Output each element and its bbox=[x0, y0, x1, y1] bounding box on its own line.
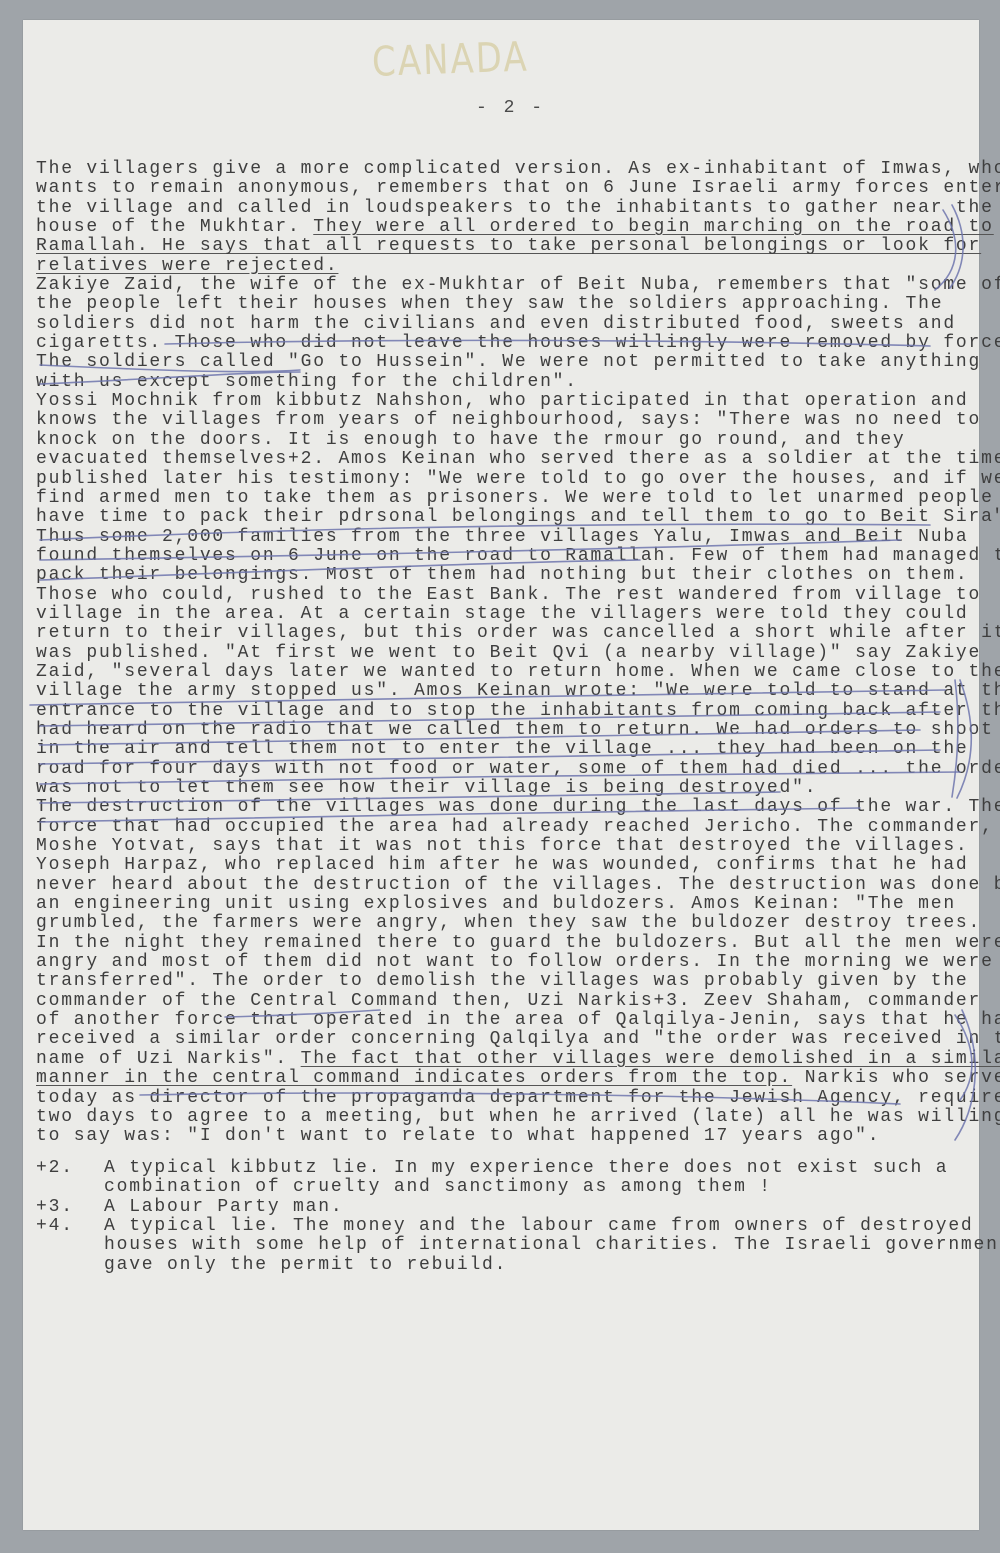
text-span: knock on the doors. It is enough to have… bbox=[36, 430, 906, 450]
underlined-text: Ramallah. He says that all requests to t… bbox=[36, 236, 981, 256]
footnote-line: gave only the permit to rebuild. bbox=[36, 1256, 1000, 1275]
text-span: name of Uzi Narkis". bbox=[36, 1049, 301, 1069]
text-span: transferred". The order to demolish the … bbox=[36, 971, 969, 991]
text-line: have time to pack their pdrsonal belongi… bbox=[36, 508, 1000, 527]
footnote-marker bbox=[36, 1178, 104, 1197]
text-span: was published. "At first we went to Beit… bbox=[36, 643, 981, 663]
footnote-text: gave only the permit to rebuild. bbox=[104, 1256, 507, 1275]
text-line: received a similar order concerning Qalq… bbox=[36, 1030, 1000, 1049]
text-span: Zakiye Zaid, the wife of the ex-Mukhtar … bbox=[36, 275, 1000, 295]
text-line: The soldiers called "Go to Hussein". We … bbox=[36, 353, 1000, 372]
text-line: Thus some 2,000 families from the three … bbox=[36, 528, 1000, 547]
text-span: published later his testimony: "We were … bbox=[36, 469, 1000, 489]
text-span: had heard on the radio that we called th… bbox=[36, 720, 994, 740]
text-span: soldiers did not harm the civilians and … bbox=[36, 314, 956, 334]
text-line: was published. "At first we went to Beit… bbox=[36, 644, 1000, 663]
underlined-text: The fact that other villages were demoli… bbox=[301, 1049, 1000, 1069]
text-line: village the army stopped us". Amos Keina… bbox=[36, 682, 1000, 701]
text-line: two days to agree to a meeting, but when… bbox=[36, 1108, 1000, 1127]
page-number: - 2 - bbox=[476, 98, 545, 118]
text-span: cigaretts. Those who did not leave the h… bbox=[36, 333, 1000, 353]
text-span: The villagers give a more complicated ve… bbox=[36, 159, 1000, 179]
text-line: name of Uzi Narkis". The fact that other… bbox=[36, 1050, 1000, 1069]
text-span: received a similar order concerning Qalq… bbox=[36, 1029, 1000, 1049]
text-span: Zaid, "several days later we wanted to r… bbox=[36, 662, 1000, 682]
footnote-text: A typical kibbutz lie. In my experience … bbox=[104, 1159, 948, 1178]
underlined-text: manner in the central command indicates … bbox=[36, 1068, 792, 1088]
text-span: Moshe Yotvat, says that it was not this … bbox=[36, 836, 969, 856]
text-span: village in the area. At a certain stage … bbox=[36, 604, 969, 624]
text-span: Thus some 2,000 families from the three … bbox=[36, 527, 969, 547]
footnote-line: houses with some help of international c… bbox=[36, 1236, 1000, 1255]
text-line: was not to let them see how their villag… bbox=[36, 779, 1000, 798]
text-span: with us except something for the childre… bbox=[36, 372, 578, 392]
text-span: the village and called in loudspeakers t… bbox=[36, 198, 994, 218]
text-span: Yossi Mochnik from kibbutz Nahshon, who … bbox=[36, 391, 969, 411]
text-line: of another force that operated in the ar… bbox=[36, 1011, 1000, 1030]
footnote-line: +4.A typical lie. The money and the labo… bbox=[36, 1217, 1000, 1236]
text-line: entrance to the village and to stop the … bbox=[36, 702, 1000, 721]
text-line: In the night they remained there to guar… bbox=[36, 934, 1000, 953]
footnote-line: +3.A Labour Party man. bbox=[36, 1198, 1000, 1217]
text-line: road for four days with not food or wate… bbox=[36, 760, 1000, 779]
footnote-text: A typical lie. The money and the labour … bbox=[104, 1217, 974, 1236]
footnote-marker bbox=[36, 1256, 104, 1275]
text-span: an engineering unit using explosives and… bbox=[36, 894, 956, 914]
footnote-line: combination of cruelty and sanctimony as… bbox=[36, 1178, 1000, 1197]
footnote-marker bbox=[36, 1236, 104, 1255]
text-line: knock on the doors. It is enough to have… bbox=[36, 431, 1000, 450]
text-line: the village and called in loudspeakers t… bbox=[36, 199, 1000, 218]
text-line: an engineering unit using explosives and… bbox=[36, 895, 1000, 914]
text-line: published later his testimony: "We were … bbox=[36, 470, 1000, 489]
text-span: knows the villages from years of neighbo… bbox=[36, 410, 981, 430]
footnotes: +2.A typical kibbutz lie. In my experien… bbox=[36, 1159, 1000, 1275]
text-line: the people left their houses when they s… bbox=[36, 295, 1000, 314]
text-span: entrance to the village and to stop the … bbox=[36, 701, 1000, 721]
text-span: Those who could, rushed to the East Bank… bbox=[36, 585, 981, 605]
text-span: never heard about the destruction of the… bbox=[36, 875, 1000, 895]
text-line: cigaretts. Those who did not leave the h… bbox=[36, 334, 1000, 353]
text-span: The destruction of the villages was done… bbox=[36, 797, 1000, 817]
text-span: village the army stopped us". Amos Keina… bbox=[36, 681, 1000, 701]
text-span: evacuated themselves+2. Amos Keinan who … bbox=[36, 449, 1000, 469]
text-line: pack their belongings. Most of them had … bbox=[36, 566, 1000, 585]
text-line: angry and most of them did not want to f… bbox=[36, 953, 1000, 972]
text-line: force that had occupied the area had alr… bbox=[36, 818, 1000, 837]
text-line: house of the Mukhtar. They were all orde… bbox=[36, 218, 1000, 237]
text-line: Yoseph Harpaz, who replaced him after he… bbox=[36, 856, 1000, 875]
text-span: The soldiers called "Go to Hussein". We … bbox=[36, 352, 981, 372]
text-span: force that had occupied the area had alr… bbox=[36, 817, 994, 837]
text-span: found themselves on 6 June on the road t… bbox=[36, 546, 1000, 566]
text-line: never heard about the destruction of the… bbox=[36, 876, 1000, 895]
footnote-text: A Labour Party man. bbox=[104, 1198, 343, 1217]
text-span: to say was: "I don't want to relate to w… bbox=[36, 1126, 880, 1146]
text-span: the people left their houses when they s… bbox=[36, 294, 943, 314]
footnote-marker: +2. bbox=[36, 1159, 104, 1178]
footnote-marker: +3. bbox=[36, 1198, 104, 1217]
text-line: wants to remain anonymous, remembers tha… bbox=[36, 179, 1000, 198]
text-line: transferred". The order to demolish the … bbox=[36, 972, 1000, 991]
text-line: soldiers did not harm the civilians and … bbox=[36, 315, 1000, 334]
text-span: of another force that operated in the ar… bbox=[36, 1010, 1000, 1030]
text-line: relatives were rejected. bbox=[36, 257, 1000, 276]
text-line: found themselves on 6 June on the road t… bbox=[36, 547, 1000, 566]
text-line: grumbled, the farmers were angry, when t… bbox=[36, 914, 1000, 933]
text-line: evacuated themselves+2. Amos Keinan who … bbox=[36, 450, 1000, 469]
text-span: grumbled, the farmers were angry, when t… bbox=[36, 913, 981, 933]
text-line: in the air and tell them not to enter th… bbox=[36, 740, 1000, 759]
text-line: Yossi Mochnik from kibbutz Nahshon, who … bbox=[36, 392, 1000, 411]
text-span: commander of the Central Command then, U… bbox=[36, 991, 981, 1011]
underlined-text: relatives were rejected. bbox=[36, 256, 338, 276]
text-line: return to their villages, but this order… bbox=[36, 624, 1000, 643]
text-span: two days to agree to a meeting, but when… bbox=[36, 1107, 1000, 1127]
text-line: Ramallah. He says that all requests to t… bbox=[36, 237, 1000, 256]
text-span: wants to remain anonymous, remembers tha… bbox=[36, 178, 1000, 198]
text-line: The destruction of the villages was done… bbox=[36, 798, 1000, 817]
text-span: In the night they remained there to guar… bbox=[36, 933, 1000, 953]
text-line: had heard on the radio that we called th… bbox=[36, 721, 1000, 740]
text-span: Narkis who serves bbox=[792, 1068, 1000, 1088]
footnote-marker: +4. bbox=[36, 1217, 104, 1236]
text-line: with us except something for the childre… bbox=[36, 373, 1000, 392]
text-line: The villagers give a more complicated ve… bbox=[36, 160, 1000, 179]
body-text: The villagers give a more complicated ve… bbox=[36, 160, 1000, 1147]
text-line: manner in the central command indicates … bbox=[36, 1069, 1000, 1088]
footnote-line: +2.A typical kibbutz lie. In my experien… bbox=[36, 1159, 1000, 1178]
text-span: angry and most of them did not want to f… bbox=[36, 952, 994, 972]
text-span: return to their villages, but this order… bbox=[36, 623, 1000, 643]
text-line: to say was: "I don't want to relate to w… bbox=[36, 1127, 1000, 1146]
footnote-text: combination of cruelty and sanctimony as… bbox=[104, 1178, 772, 1197]
text-span: in the air and tell them not to enter th… bbox=[36, 739, 969, 759]
text-line: find armed men to take them as prisoners… bbox=[36, 489, 1000, 508]
text-line: Moshe Yotvat, says that it was not this … bbox=[36, 837, 1000, 856]
text-line: knows the villages from years of neighbo… bbox=[36, 411, 1000, 430]
text-span: road for four days with not food or wate… bbox=[36, 759, 1000, 779]
underlined-text: They were all ordered to begin marching … bbox=[313, 217, 994, 237]
text-span: Yoseph Harpaz, who replaced him after he… bbox=[36, 855, 969, 875]
text-line: Zakiye Zaid, the wife of the ex-Mukhtar … bbox=[36, 276, 1000, 295]
text-span: today as director of the propaganda depa… bbox=[36, 1088, 1000, 1108]
text-line: village in the area. At a certain stage … bbox=[36, 605, 1000, 624]
text-span: pack their belongings. Most of them had … bbox=[36, 565, 969, 585]
text-line: Those who could, rushed to the East Bank… bbox=[36, 586, 1000, 605]
handwritten-note: CANADA bbox=[371, 33, 529, 86]
text-span: find armed men to take them as prisoners… bbox=[36, 488, 994, 508]
footnote-text: houses with some help of international c… bbox=[104, 1236, 1000, 1255]
text-line: Zaid, "several days later we wanted to r… bbox=[36, 663, 1000, 682]
text-line: today as director of the propaganda depa… bbox=[36, 1089, 1000, 1108]
text-span: have time to pack their pdrsonal belongi… bbox=[36, 507, 1000, 527]
text-span: house of the Mukhtar. bbox=[36, 217, 313, 237]
text-span: was not to let them see how their villag… bbox=[36, 778, 817, 798]
text-line: commander of the Central Command then, U… bbox=[36, 992, 1000, 1011]
